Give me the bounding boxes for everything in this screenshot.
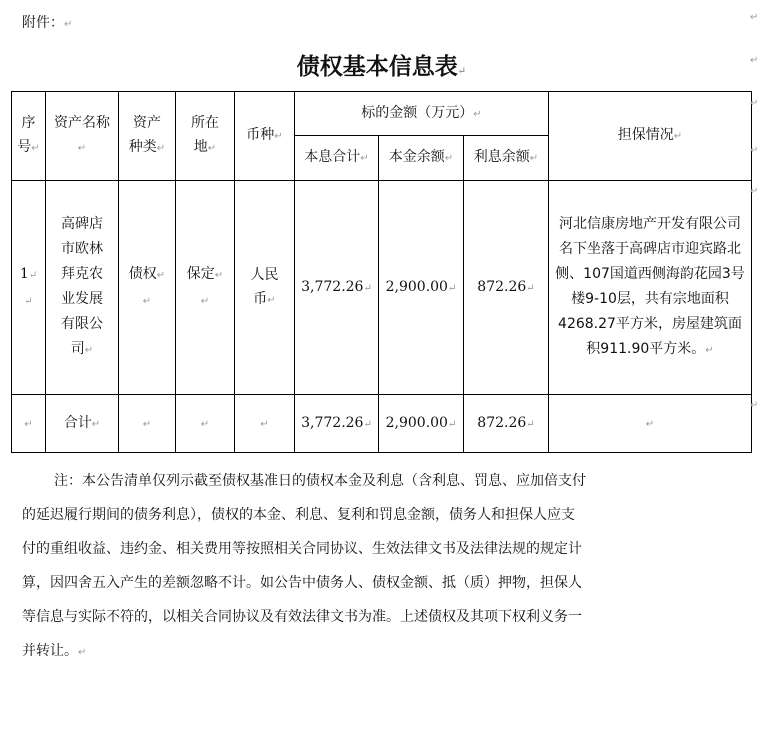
header-location: 所在地↵ — [176, 92, 235, 181]
cell-currency: 人民币↵ — [235, 181, 295, 395]
header-row-1: 序号↵ 资产名称↵ 资产种类↵ 所在地↵ 币种↵ 标的金额（万元）↵ 担保情况↵ — [12, 92, 752, 136]
attachment-text: 附件： — [22, 15, 64, 31]
header-asset-type: 资产种类↵ — [119, 92, 176, 181]
note-line: 注：本公告清单仅列示截至债权基准日的债权本金及利息（含利息、罚息、应加倍支付 — [22, 464, 702, 498]
note-line: 等信息与实际不符的，以相关合同协议及有效法律文书为准。上述债权及其项下权利义务一 — [22, 600, 702, 634]
note-line: 算，因四舍五入产生的差额忽略不计。如公告中债务人、债权金额、抵（质）押物，担保人 — [22, 566, 702, 600]
debt-info-table: 序号↵ 资产名称↵ 资产种类↵ 所在地↵ 币种↵ 标的金额（万元）↵ 担保情况↵… — [11, 91, 752, 453]
cell-guarantee: 河北信康房地产开发有限公司名下坐落于高碑店市迎宾路北侧、107国道西侧海韵花园3… — [549, 181, 752, 395]
paragraph-mark-icon: ↵ — [64, 19, 72, 30]
header-currency: 币种↵ — [235, 92, 295, 181]
paragraph-mark-icon: ↵ — [750, 12, 758, 23]
cell-principal: 2,900.00↵ — [379, 181, 464, 395]
summary-location: ↵ — [176, 395, 235, 453]
summary-guarantee: ↵ — [549, 395, 752, 453]
paragraph-mark-icon: ↵ — [750, 145, 758, 156]
paragraph-mark-icon: ↵ — [750, 55, 758, 66]
cell-location: 保定↵↵ — [176, 181, 235, 395]
summary-row: ↵ 合计↵ ↵ ↵ ↵ 3,772.26↵ 2,900.00↵ 872.26↵ … — [12, 395, 752, 453]
header-principal: 本金余额↵ — [379, 136, 464, 181]
summary-label: 合计↵ — [46, 395, 119, 453]
note-line: 的延迟履行期间的债务利息），债权的本金、利息、复利和罚息金额，债务人和担保人应支 — [22, 498, 702, 532]
header-total: 本息合计↵ — [295, 136, 379, 181]
summary-total: 3,772.26↵ — [295, 395, 379, 453]
note-paragraph: 注：本公告清单仅列示截至债权基准日的债权本金及利息（含利息、罚息、应加倍支付 的… — [22, 464, 702, 668]
paragraph-mark-icon: ↵ — [750, 98, 758, 109]
header-asset-name: 资产名称↵ — [46, 92, 119, 181]
summary-principal: 2,900.00↵ — [379, 395, 464, 453]
page-title: 债权基本信息表↵ — [0, 48, 763, 81]
title-text: 债权基本信息表 — [297, 53, 458, 80]
cell-asset-type: 债权↵↵ — [119, 181, 176, 395]
header-interest: 利息余额↵ — [464, 136, 549, 181]
header-amount-group: 标的金额（万元）↵ — [295, 92, 549, 136]
cell-seq: 1↵↵ — [12, 181, 46, 395]
summary-currency: ↵ — [235, 395, 295, 453]
note-line: 付的重组收益、违约金、相关费用等按照相关合同协议、生效法律文书及法律法规的规定计 — [22, 532, 702, 566]
cell-interest: 872.26↵ — [464, 181, 549, 395]
cell-total: 3,772.26↵ — [295, 181, 379, 395]
paragraph-mark-icon: ↵ — [750, 186, 758, 197]
summary-asset-type: ↵ — [119, 395, 176, 453]
summary-interest: 872.26↵ — [464, 395, 549, 453]
cell-asset-name: 高碑店市欧林拜克农业发展有限公司↵ — [46, 181, 119, 395]
paragraph-mark-icon: ↵ — [750, 400, 758, 411]
paragraph-mark-icon: ↵ — [78, 647, 86, 658]
attachment-label: 附件：↵ — [22, 12, 72, 32]
paragraph-mark-icon: ↵ — [458, 66, 466, 77]
table-row: 1↵↵ 高碑店市欧林拜克农业发展有限公司↵ 债权↵↵ 保定↵↵ 人民币↵ 3,7… — [12, 181, 752, 395]
note-line: 并转让。↵ — [22, 634, 702, 668]
header-seq: 序号↵ — [12, 92, 46, 181]
summary-seq: ↵ — [12, 395, 46, 453]
header-guarantee: 担保情况↵ — [549, 92, 752, 181]
